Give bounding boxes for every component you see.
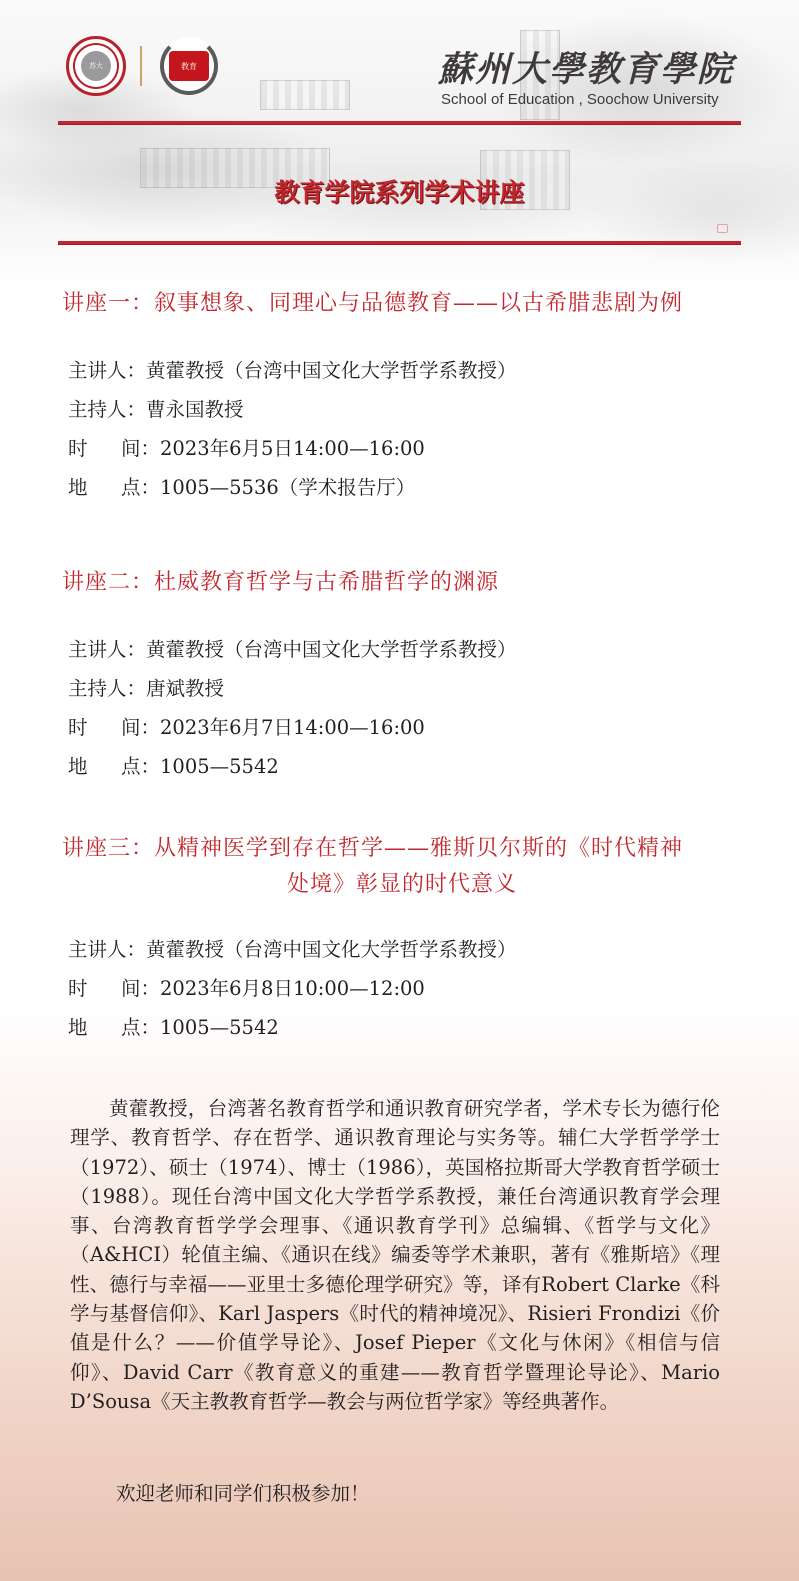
place-value: 1005—5542 xyxy=(160,747,279,786)
education-logo-center: 教育 xyxy=(169,51,209,81)
welcome-message: 欢迎老师和同学们积极参加！ xyxy=(116,1478,370,1506)
place-value: 1005—5536（学术报告厅） xyxy=(160,468,415,507)
time-label: 时间： xyxy=(68,429,160,468)
place-row: 地点： 1005—5542 xyxy=(68,747,517,786)
time-value: 2023年6月7日14:00—16:00 xyxy=(160,708,425,747)
lecture-2-title: 讲座二：杜威教育哲学与古希腊哲学的渊源 xyxy=(62,565,499,596)
time-row: 时间： 2023年6月5日14:00—16:00 xyxy=(68,429,517,468)
sketch-building-center xyxy=(260,80,350,110)
place-value: 1005—5542 xyxy=(160,1008,279,1047)
header-divider-bottom xyxy=(58,241,741,245)
speaker-row: 主讲人： 黄藿教授（台湾中国文化大学哲学系教授） xyxy=(68,930,517,969)
speaker-value: 黄藿教授（台湾中国文化大学哲学系教授） xyxy=(146,630,517,669)
soochow-university-logo: 苏大 xyxy=(66,36,126,96)
time-value: 2023年6月5日14:00—16:00 xyxy=(160,429,425,468)
speaker-value: 黄藿教授（台湾中国文化大学哲学系教授） xyxy=(146,351,517,390)
time-row: 时间： 2023年6月8日10:00—12:00 xyxy=(68,969,517,1008)
place-label: 地点： xyxy=(68,747,160,786)
host-label: 主持人： xyxy=(68,390,146,429)
speaker-label: 主讲人： xyxy=(68,930,146,969)
host-value: 曹永国教授 xyxy=(146,390,244,429)
speaker-label: 主讲人： xyxy=(68,630,146,669)
lecture-3-title-line-1: 讲座三：从精神医学到存在哲学——雅斯贝尔斯的《时代精神 xyxy=(62,836,683,861)
speaker-biography: 黄藿教授，台湾著名教育哲学和通识教育研究学者，学术专长为德行伦理学、教育哲学、存… xyxy=(70,1094,720,1416)
school-name-english: School of Education , Soochow University xyxy=(441,91,719,108)
lecture-3-details: 主讲人： 黄藿教授（台湾中国文化大学哲学系教授） 时间： 2023年6月8日10… xyxy=(68,930,517,1047)
host-value: 唐斌教授 xyxy=(146,669,224,708)
time-label: 时间： xyxy=(68,708,160,747)
logo-divider xyxy=(140,46,142,86)
speaker-value: 黄藿教授（台湾中国文化大学哲学系教授） xyxy=(146,930,517,969)
lecture-3-title: 讲座三：从精神医学到存在哲学——雅斯贝尔斯的《时代精神 处境》彰显的时代意义 xyxy=(62,831,742,903)
biography-text: 黄藿教授，台湾著名教育哲学和通识教育研究学者，学术专长为德行伦理学、教育哲学、存… xyxy=(70,1094,720,1416)
school-of-education-logo: 教育 xyxy=(160,37,218,95)
place-label: 地点： xyxy=(68,1008,160,1047)
host-label: 主持人： xyxy=(68,669,146,708)
speaker-row: 主讲人： 黄藿教授（台湾中国文化大学哲学系教授） xyxy=(68,630,517,669)
logo-group: 苏大 教育 xyxy=(66,36,218,96)
lecture-1-title: 讲座一：叙事想象、同理心与品德教育——以古希腊悲剧为例 xyxy=(62,286,683,317)
host-row: 主持人： 唐斌教授 xyxy=(68,669,517,708)
place-label: 地点： xyxy=(68,468,160,507)
school-name-chinese: 蘇州大學教育學院 xyxy=(438,42,734,92)
header-divider-top xyxy=(58,121,741,125)
place-row: 地点： 1005—5542 xyxy=(68,1008,517,1047)
speaker-row: 主讲人： 黄藿教授（台湾中国文化大学哲学系教授） xyxy=(68,351,517,390)
lecture-3-title-line-2: 处境》彰显的时代意义 xyxy=(62,867,742,903)
time-value: 2023年6月8日10:00—12:00 xyxy=(160,969,425,1008)
artist-seal-icon xyxy=(717,224,728,233)
time-row: 时间： 2023年6月7日14:00—16:00 xyxy=(68,708,517,747)
time-label: 时间： xyxy=(68,969,160,1008)
soochow-logo-center: 苏大 xyxy=(81,51,111,81)
lecture-1-details: 主讲人： 黄藿教授（台湾中国文化大学哲学系教授） 主持人： 曹永国教授 时间： … xyxy=(68,351,517,507)
speaker-label: 主讲人： xyxy=(68,351,146,390)
place-row: 地点： 1005—5536（学术报告厅） xyxy=(68,468,517,507)
host-row: 主持人： 曹永国教授 xyxy=(68,390,517,429)
series-title: 教育学院系列学术讲座 xyxy=(0,173,799,209)
lecture-2-details: 主讲人： 黄藿教授（台湾中国文化大学哲学系教授） 主持人： 唐斌教授 时间： 2… xyxy=(68,630,517,786)
